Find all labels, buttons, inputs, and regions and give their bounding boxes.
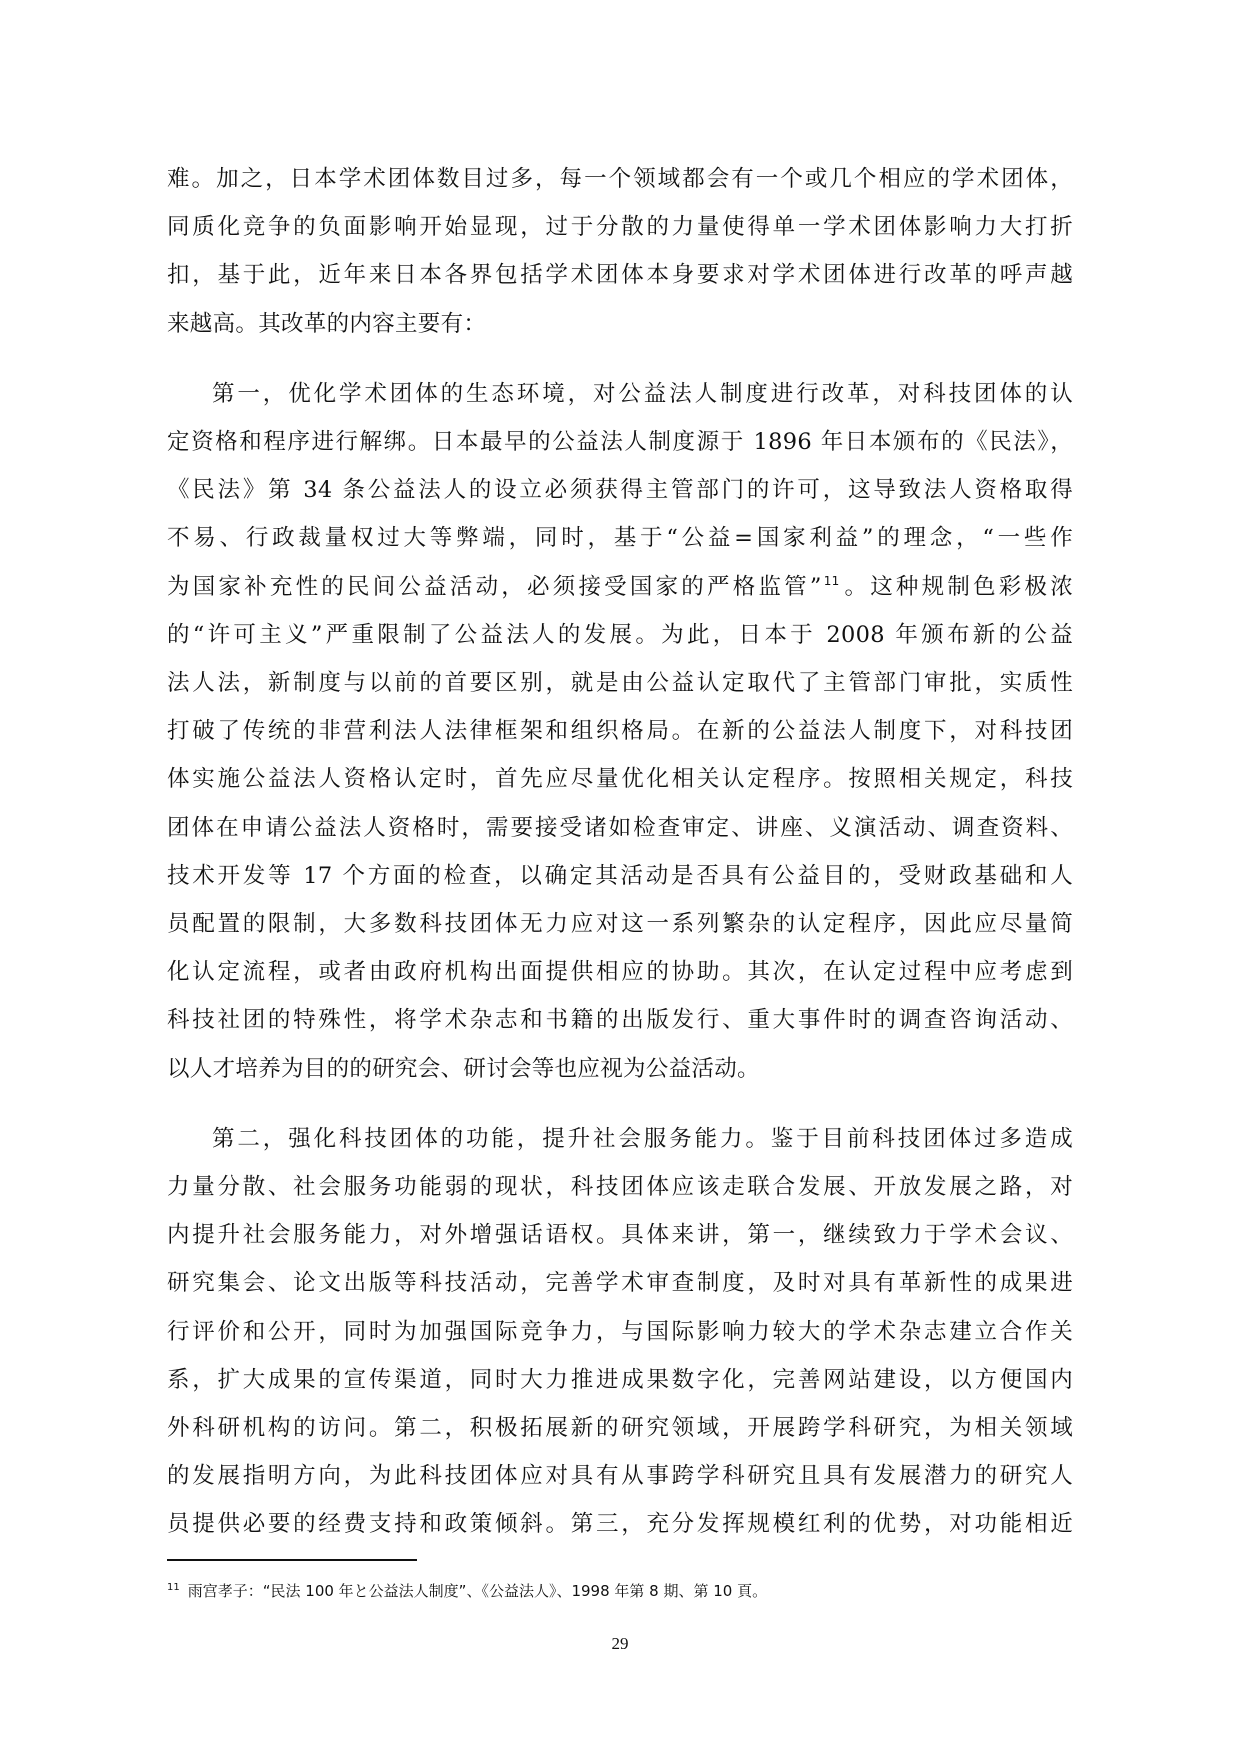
- footnote-11: 11雨宫孝子：“民法 100 年と公益法人制度”、《公益法人》、1998 年第 …: [167, 1576, 767, 1603]
- text-line: 科技社团的特殊性，将学术杂志和书籍的出版发行、重大事件时的调查咨询活动、: [167, 996, 1073, 1044]
- text-line: 打破了传统的非营利法人法律框架和组织格局。在新的公益法人制度下，对科技团: [167, 707, 1073, 755]
- footnote-text: 雨宫孝子：“民法 100 年と公益法人制度”、《公益法人》、1998 年第 8 …: [188, 1582, 767, 1600]
- text-line: 来越高。其改革的内容主要有：: [167, 300, 1073, 348]
- footnote-reference[interactable]: 11: [824, 574, 840, 588]
- text-line: 法人法，新制度与以前的首要区别，就是由公益认定取代了主管部门审批，实质性: [167, 659, 1073, 707]
- text-line: 研究集会、论文出版等科技活动，完善学术审查制度，及时对具有革新性的成果进: [167, 1259, 1073, 1307]
- text-line: 第一，优化学术团体的生态环境，对公益法人制度进行改革，对科技团体的认: [167, 370, 1073, 418]
- text-line: 扣，基于此，近年来日本各界包括学术团体本身要求对学术团体进行改革的呼声越: [167, 251, 1073, 299]
- text-line: 以人才培养为目的的研究会、研讨会等也应视为公益活动。: [167, 1045, 1073, 1093]
- footnote-number: 11: [167, 1582, 180, 1593]
- text-line: 员提供必要的经费支持和政策倾斜。第三，充分发挥规模红利的优势，对功能相近: [167, 1500, 1073, 1548]
- text-line: 的“许可主义”严重限制了公益法人的发展。为此，日本于 2008 年颁布新的公益: [167, 611, 1073, 659]
- paragraph-2: 第一，优化学术团体的生态环境，对公益法人制度进行改革，对科技团体的认 定资格和程…: [167, 370, 1073, 1093]
- body-text: 难。加之，日本学术团体数目过多，每一个领域都会有一个或几个相应的学术团体， 同质…: [167, 155, 1073, 1549]
- text-line: 团体在申请公益法人资格时，需要接受诸如检查审定、讲座、义演活动、调查资料、: [167, 804, 1073, 852]
- text-line: 外科研机构的访问。第二，积极拓展新的研究领域，开展跨学科研究，为相关领域: [167, 1404, 1073, 1452]
- text-line: 行评价和公开，同时为加强国际竞争力，与国际影响力较大的学术杂志建立合作关: [167, 1308, 1073, 1356]
- text-line: 内提升社会服务能力，对外增强话语权。具体来讲，第一，继续致力于学术会议、: [167, 1211, 1073, 1259]
- text-line: 的发展指明方向，为此科技团体应对具有从事跨学科研究且具有发展潜力的研究人: [167, 1452, 1073, 1500]
- text-line: 系，扩大成果的宣传渠道，同时大力推进成果数字化，完善网站建设，以方便国内: [167, 1356, 1073, 1404]
- text-line: 《民法》第 34 条公益法人的设立必须获得主管部门的许可，这导致法人资格取得: [167, 466, 1073, 514]
- text-line: 化认定流程，或者由政府机构出面提供相应的协助。其次，在认定过程中应考虑到: [167, 948, 1073, 996]
- text-line: 第二，强化科技团体的功能，提升社会服务能力。鉴于目前科技团体过多造成: [167, 1115, 1073, 1163]
- text-segment: 。这种规制色彩极浓: [842, 574, 1073, 600]
- paragraph-1: 难。加之，日本学术团体数目过多，每一个领域都会有一个或几个相应的学术团体， 同质…: [167, 155, 1073, 348]
- text-line: 技术开发等 17 个方面的检查，以确定其活动是否具有公益目的，受财政基础和人: [167, 852, 1073, 900]
- document-page: 难。加之，日本学术团体数目过多，每一个领域都会有一个或几个相应的学术团体， 同质…: [0, 0, 1240, 1753]
- text-line: 员配置的限制，大多数科技团体无力应对这一系列繁杂的认定程序，因此应尽量简: [167, 900, 1073, 948]
- text-line: 力量分散、社会服务功能弱的现状，科技团体应该走联合发展、开放发展之路，对: [167, 1163, 1073, 1211]
- text-line: 同质化竞争的负面影响开始显现，过于分散的力量使得单一学术团体影响力大打折: [167, 203, 1073, 251]
- text-line-with-footnote-ref: 为国家补充性的民间公益活动，必须接受国家的严格监管”11。这种规制色彩极浓: [167, 563, 1073, 611]
- text-line: 体实施公益法人资格认定时，首先应尽量优化相关认定程序。按照相关规定，科技: [167, 755, 1073, 803]
- text-line: 定资格和程序进行解绑。日本最早的公益法人制度源于 1896 年日本颁布的《民法》…: [167, 418, 1073, 466]
- page-number: 29: [0, 1634, 1240, 1654]
- paragraph-3: 第二，强化科技团体的功能，提升社会服务能力。鉴于目前科技团体过多造成 力量分散、…: [167, 1115, 1073, 1549]
- text-line: 不易、行政裁量权过大等弊端，同时，基于“公益=国家利益”的理念，“一些作: [167, 514, 1073, 562]
- text-segment: 为国家补充性的民间公益活动，必须接受国家的严格监管”: [167, 574, 822, 600]
- text-line: 难。加之，日本学术团体数目过多，每一个领域都会有一个或几个相应的学术团体，: [167, 155, 1073, 203]
- footnote-separator: [167, 1559, 417, 1561]
